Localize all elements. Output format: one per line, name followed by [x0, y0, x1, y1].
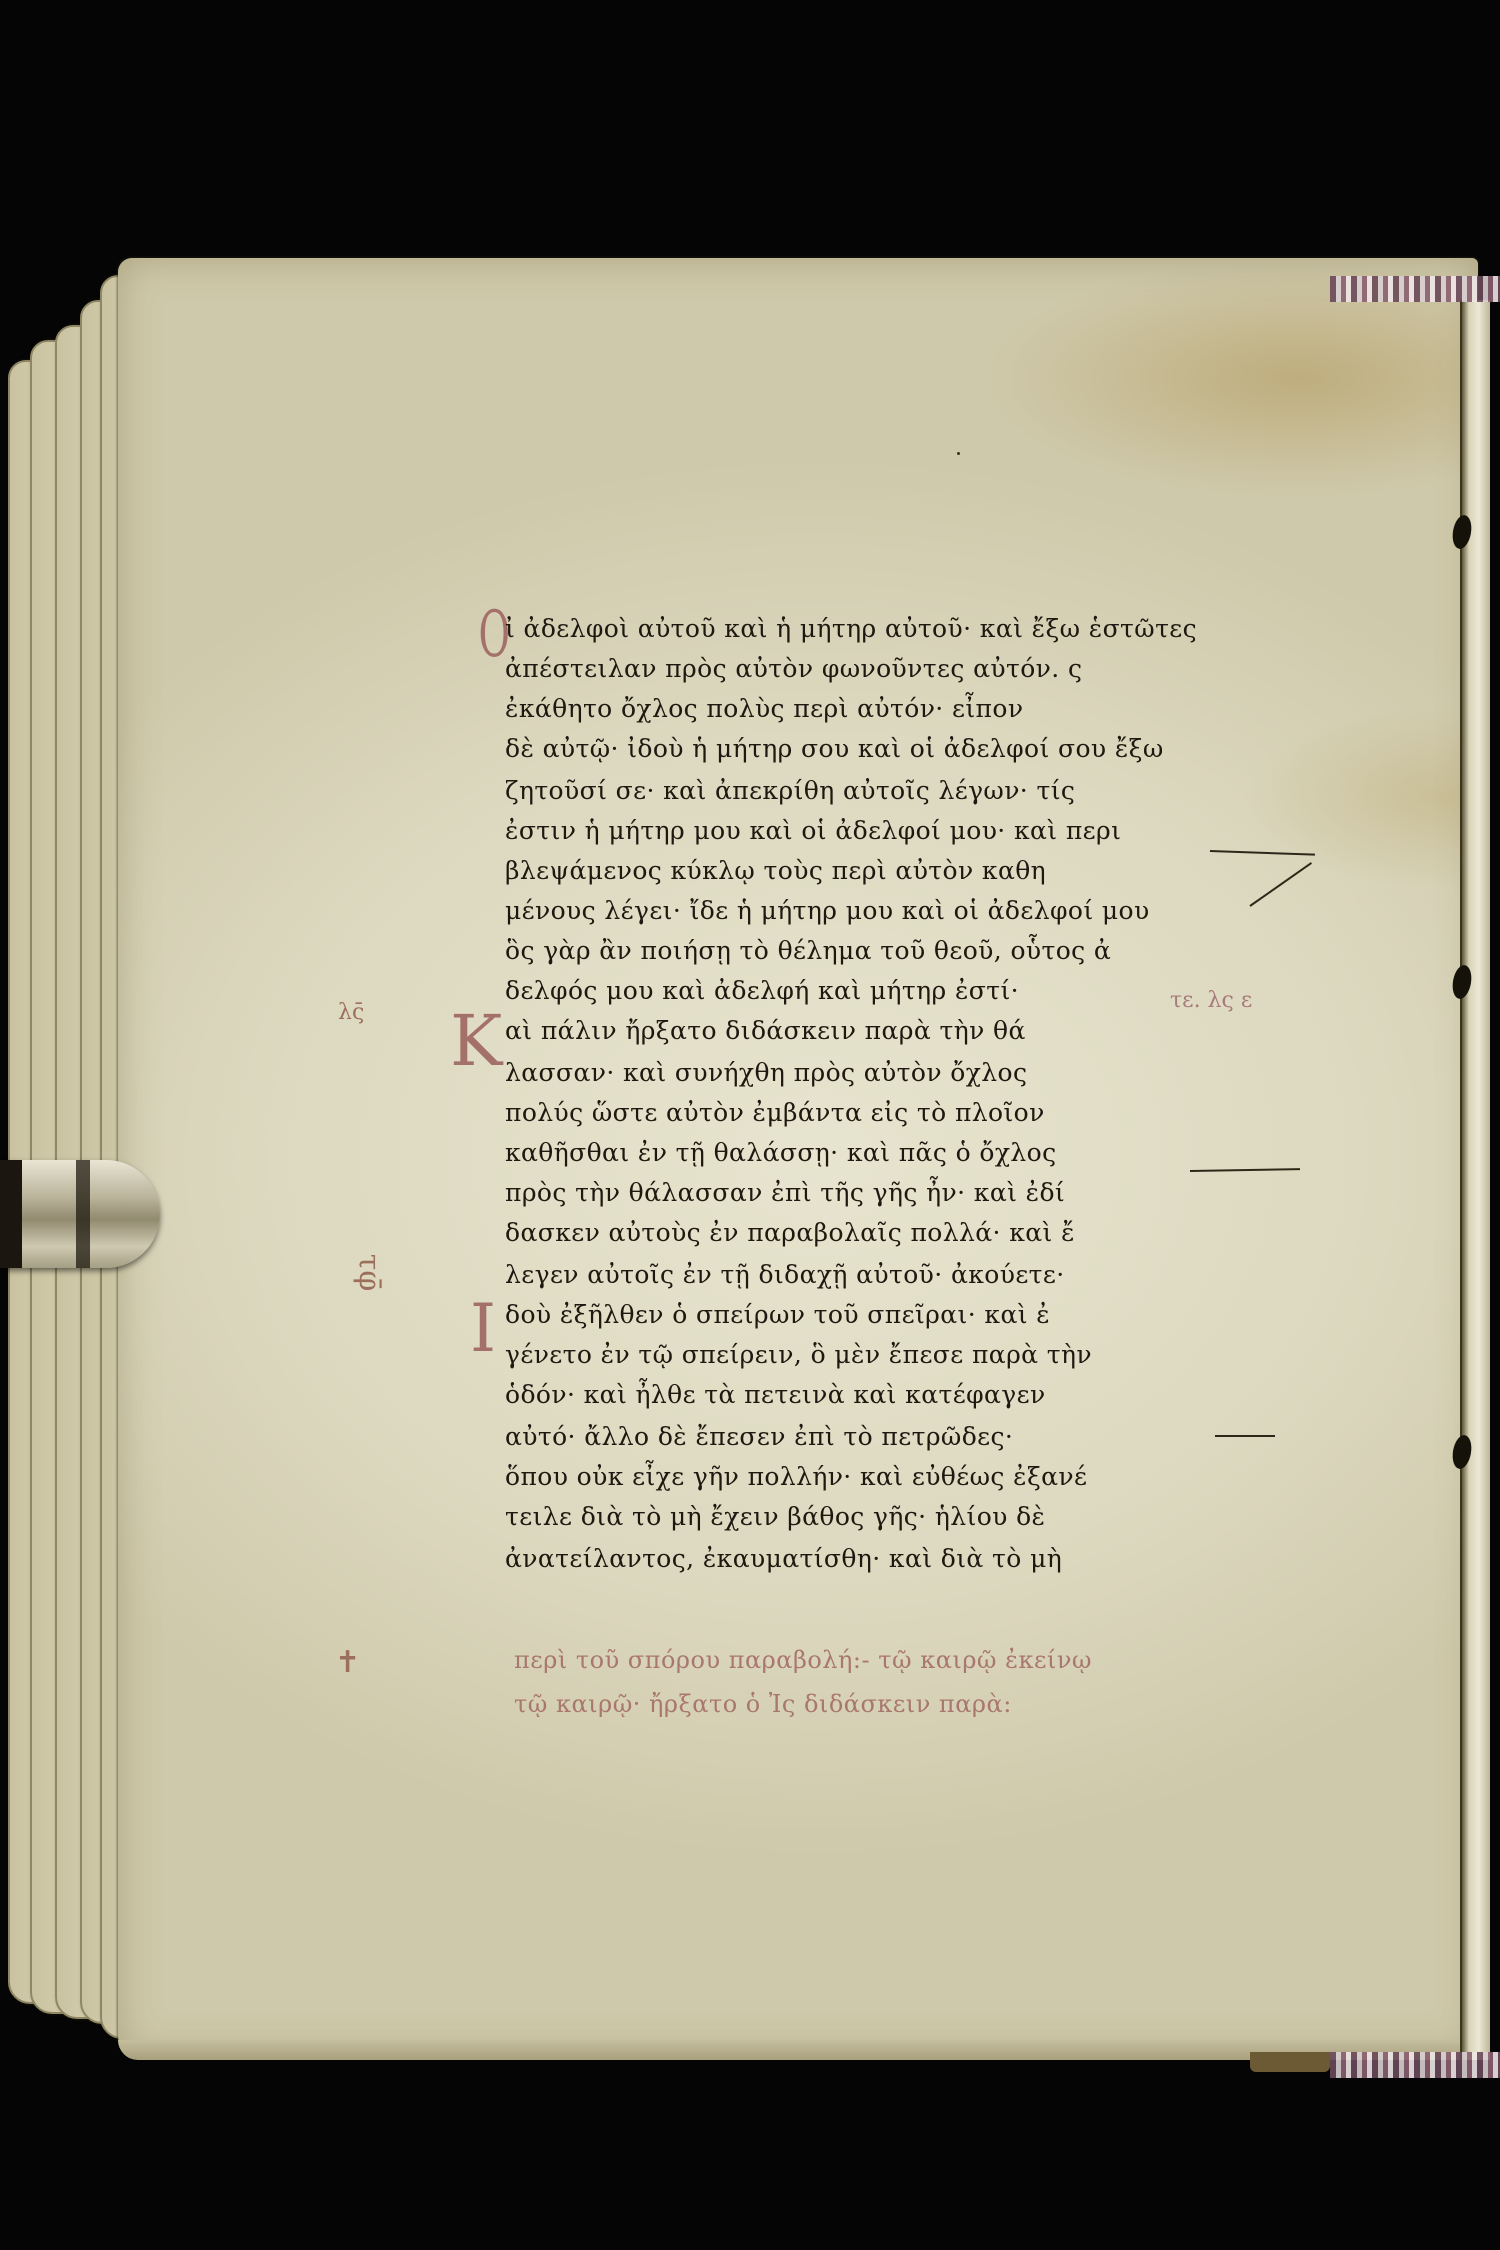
text-line: ἐστιν ἡ μήτηρ μου καὶ οἱ ἀδελφοί μου· κα…	[505, 816, 1121, 845]
margin-lection-note: τε. λς ε	[1170, 988, 1252, 1013]
text-line: δελφός μου καὶ ἀδελφή καὶ μήτηρ ἐστί·	[505, 976, 1019, 1005]
text-line: δασκεν αὐτοὺς ἐν παραβολαῖς πολλά· καὶ ἔ	[505, 1218, 1075, 1247]
headband-top	[1330, 276, 1500, 302]
binding-spine	[1460, 300, 1490, 2060]
text-line: αὐτό· ἄλλο δὲ ἔπεσεν ἐπὶ τὸ πετρῶδες·	[505, 1422, 1013, 1451]
text-line: αὶ πάλιν ἤρξατο διδάσκειν παρὰ τὴν θά	[505, 1016, 1026, 1045]
text-line: ἰ ἀδελφοὶ αὐτοῦ καὶ ἡ μήτηρ αὐτοῦ· καὶ ἔ…	[505, 614, 1197, 643]
text-line: λασσαν· καὶ συνήχθη πρὸς αὐτὸν ὄχλος	[505, 1058, 1027, 1087]
text-line: πολύς ὥστε αὐτὸν ἐμβάντα εἰς τὸ πλοῖον	[505, 1098, 1045, 1127]
ink-speck	[957, 452, 960, 455]
margin-section-number: λς̄	[338, 1000, 364, 1025]
text-line: πρὸς τὴν θάλασσαν ἐπὶ τῆς γῆς ἦν· καὶ ἐδ…	[505, 1178, 1065, 1207]
text-line: δὲ αὐτῷ· ἰδοὺ ἡ μήτηρ σου καὶ οἱ ἀδελφοί…	[505, 734, 1164, 763]
text-line: ἀπέστειλαν πρὸς αὐτὸν φωνοῦντες αὐτόν. ς	[505, 654, 1082, 683]
text-line: δοὺ ἐξῆλθεν ὁ σπείρων τοῦ σπεῖραι· καὶ ἐ	[505, 1300, 1050, 1329]
text-line: ἐκάθητο ὄχλος πολὺς περὶ αὐτόν· εἶπον	[505, 694, 1023, 723]
text-line: ὅπου οὐκ εἶχε γῆν πολλήν· καὶ εὐθέως ἐξα…	[505, 1462, 1087, 1491]
rubric-heading: τῷ καιρῷ· ἤρξατο ὁ Ἰς διδάσκειν παρὰ:	[514, 1690, 1012, 1718]
margin-cross-icon: ✝	[335, 1645, 360, 1680]
text-line: λεγεν αὐτοῖς ἐν τῇ διδαχῇ αὐτοῦ· ἀκούετε…	[505, 1260, 1065, 1289]
margin-note: τφ̄	[351, 1254, 386, 1292]
pen-stroke	[1215, 1435, 1275, 1437]
text-line: τειλε διὰ τὸ μὴ ἔχειν βάθος γῆς· ἡλίου δ…	[505, 1502, 1045, 1531]
text-line: ὁδόν· καὶ ἦλθε τὰ πετεινὰ καὶ κατέφαγεν	[505, 1380, 1046, 1409]
text-line: ὃς γὰρ ἂν ποιήσῃ τὸ θέλημα τοῦ θεοῦ, οὗτ…	[505, 936, 1111, 965]
rubric-heading: περὶ τοῦ σπόρου παραβολή:- τῷ καιρῷ ἐκεί…	[514, 1646, 1092, 1674]
manuscript-photo: Ο Κ Ι ἰ ἀδελφοὶ αὐτοῦ καὶ ἡ μήτηρ αὐτοῦ·…	[0, 0, 1500, 2250]
text-line: βλεψάμενος κύκλῳ τοὺς περὶ αὐτὸν καθη	[505, 856, 1046, 885]
initial-iota: Ι	[470, 1290, 496, 1367]
text-line: μένους λέγει· ἴδε ἡ μήτηρ μου καὶ οἱ ἀδε…	[505, 896, 1150, 925]
headband-bottom	[1330, 2052, 1500, 2078]
initial-kappa: Κ	[450, 1000, 502, 1082]
glass-page-weight	[0, 1160, 160, 1268]
text-line: ἀνατείλαντος, ἐκαυματίσθη· καὶ διὰ τὸ μὴ	[505, 1544, 1062, 1573]
text-line: ζητοῦσί σε· καὶ ἀπεκρίθη αὐτοῖς λέγων· τ…	[505, 776, 1075, 805]
text-line: γένετο ἐν τῷ σπείρειν, ὃ μὲν ἔπεσε παρὰ …	[505, 1340, 1092, 1369]
binding-gap	[1250, 2052, 1330, 2072]
text-line: καθῆσθαι ἐν τῇ θαλάσσῃ· καὶ πᾶς ὁ ὄχλος	[505, 1138, 1056, 1167]
